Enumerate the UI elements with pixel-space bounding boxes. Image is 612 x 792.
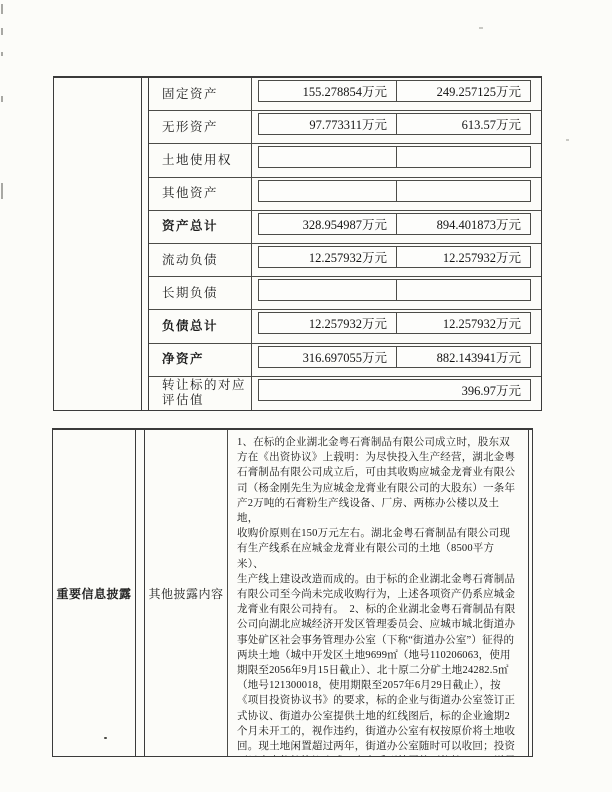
- row-label: 土地使用权: [149, 144, 252, 176]
- scan-artifact: [566, 139, 569, 141]
- row-label: 流动负债: [149, 244, 252, 276]
- value-cell-book: 328.954987万元: [259, 214, 397, 234]
- value-cell-book: [259, 181, 397, 201]
- value-cell-book: [259, 280, 397, 300]
- value-box: 316.697055万元 882.143941万元: [258, 346, 531, 368]
- table-row: 无形资产 97.773311万元 613.57万元: [149, 111, 541, 144]
- value-box: 12.257932万元 12.257932万元: [258, 312, 531, 334]
- value-cell-assessed: 613.57万元: [397, 114, 530, 134]
- value-cell-book: 12.257932万元: [259, 313, 397, 333]
- table-rows-area: 固定资产 155.278854万元 249.257125万元 无形资产 97.7…: [148, 78, 541, 410]
- disclosure-section-header-cell: 重要信息披露: [53, 430, 136, 756]
- table-row: 资产总计 328.954987万元 894.401873万元: [149, 211, 541, 244]
- value-cell-book: 316.697055万元: [259, 347, 397, 367]
- value-cell-assessed: 882.143941万元: [397, 347, 530, 367]
- scanned-document-page: 固定资产 155.278854万元 249.257125万元 无形资产 97.7…: [0, 0, 612, 792]
- scan-artifact: [1, 183, 3, 199]
- value-box: 12.257932万元 12.257932万元: [258, 246, 531, 268]
- value-cell-assessed: [397, 280, 530, 300]
- value-cell-book: [259, 147, 397, 167]
- value-cell-book: 97.773311万元: [259, 114, 397, 134]
- value-cell-assessed: 894.401873万元: [397, 214, 530, 234]
- scan-artifact: [1, 28, 3, 35]
- scan-artifact: [1, 96, 3, 102]
- disclosure-inner-table: 其他披露内容 1、在标的企业湖北金粤石膏制品有限公司成立时，股东双 方在《出资协…: [144, 430, 529, 756]
- row-label: 资产总计: [149, 211, 252, 243]
- row-label: 其他资产: [149, 178, 252, 210]
- row-label: 长期负债: [149, 277, 252, 309]
- value-box: [258, 180, 531, 202]
- value-cell-book: 155.278854万元: [259, 81, 397, 101]
- table-row: 负债总计 12.257932万元 12.257932万元: [149, 310, 541, 343]
- value-cell-assessed: 396.97万元: [259, 380, 530, 400]
- value-box: [258, 279, 531, 301]
- table-row: 流动负债 12.257932万元 12.257932万元: [149, 244, 541, 277]
- row-label: 固定资产: [149, 78, 252, 110]
- value-cell-assessed: [397, 181, 530, 201]
- table-row: 转让标的对应评估值 396.97万元: [149, 377, 541, 410]
- value-box: [258, 146, 531, 168]
- table-row: 净资产 316.697055万元 882.143941万元: [149, 344, 541, 377]
- table-row: 固定资产 155.278854万元 249.257125万元: [149, 78, 541, 111]
- row-label: 负债总计: [149, 310, 252, 342]
- value-cell-assessed: 249.257125万元: [397, 81, 530, 101]
- table-left-spacer-column: [54, 78, 142, 410]
- value-cell-assessed: 12.257932万元: [397, 313, 530, 333]
- table-row: 其他资产: [149, 178, 541, 211]
- scan-artifact: [1, 4, 3, 14]
- row-label: 净资产: [149, 344, 252, 376]
- table-row: 长期负债: [149, 277, 541, 310]
- value-cell-book: 12.257932万元: [259, 247, 397, 267]
- row-label: 无形资产: [149, 111, 252, 143]
- disclosure-category-label: 其他披露内容: [148, 585, 223, 602]
- table-row: 土地使用权: [149, 144, 541, 177]
- row-label: 转让标的对应评估值: [149, 377, 252, 410]
- disclosure-content-text: 1、在标的企业湖北金粤石膏制品有限公司成立时，股东双 方在《出资协议》上载明：为…: [228, 430, 528, 756]
- scan-artifact: [479, 27, 483, 29]
- value-cell-assessed: [397, 147, 530, 167]
- disclosure-section-label: 重要信息披露: [56, 585, 131, 602]
- value-box: 396.97万元: [258, 379, 531, 401]
- asset-valuation-table: 固定资产 155.278854万元 249.257125万元 无形资产 97.7…: [53, 76, 542, 411]
- value-box: 155.278854万元 249.257125万元: [258, 80, 531, 102]
- disclosure-category-cell: 其他披露内容: [145, 430, 228, 756]
- value-cell-assessed: 12.257932万元: [397, 247, 530, 267]
- scan-artifact: [1, 52, 3, 56]
- value-box: 97.773311万元 613.57万元: [258, 113, 531, 135]
- value-box: 328.954987万元 894.401873万元: [258, 213, 531, 235]
- disclosure-section: 重要信息披露 其他披露内容 1、在标的企业湖北金粤石膏制品有限公司成立时，股东双…: [52, 428, 533, 757]
